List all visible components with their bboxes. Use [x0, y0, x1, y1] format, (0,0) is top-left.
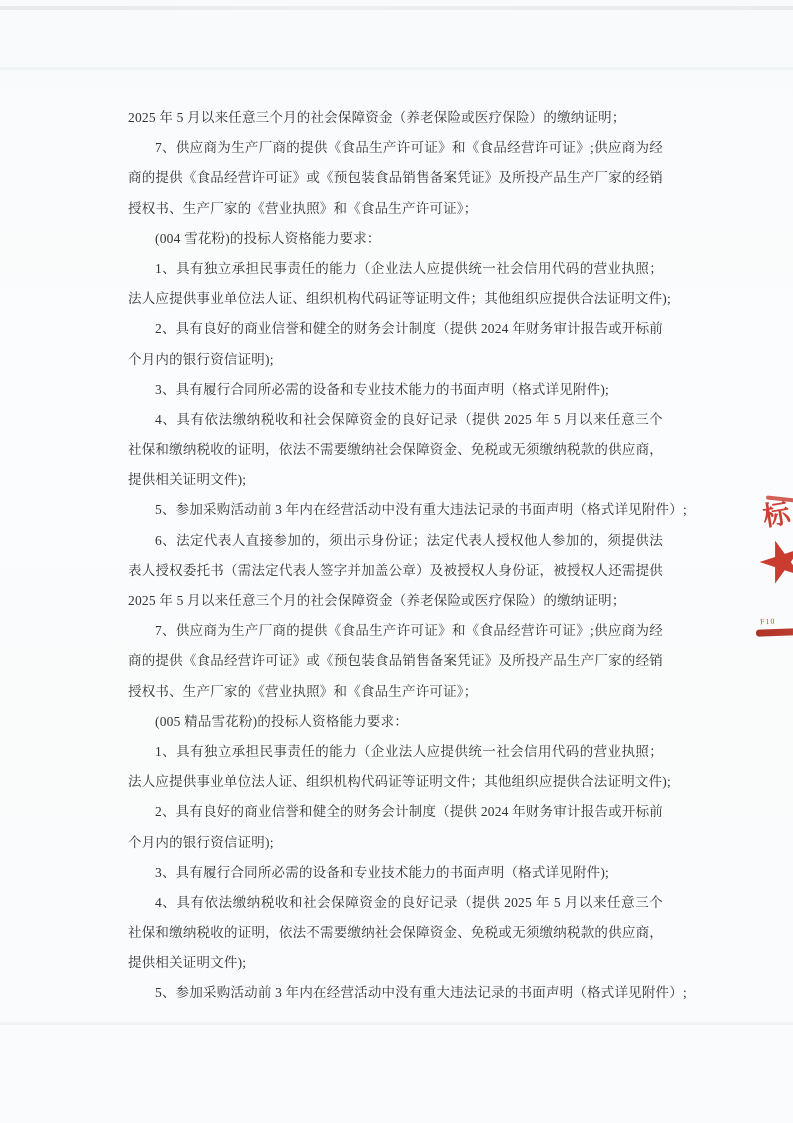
scan-artifact-line: [0, 1022, 793, 1025]
scan-artifact-line: [0, 67, 793, 70]
text-line: 7、供应商为生产厂商的提供《食品生产许可证》和《食品经营许可证》;供应商为经销: [128, 616, 663, 646]
text-line: 2、具有良好的商业信誉和健全的财务会计制度（提供 2024 年财务审计报告或开标…: [128, 797, 663, 827]
text-line: 提供相关证明文件);: [128, 465, 663, 495]
text-line: 6、法定代表人直接参加的，须出示身份证；法定代表人授权他人参加的，须提供法定代: [128, 526, 663, 556]
text-line: 2025 年 5 月以来任意三个月的社会保障资金（养老保险或医疗保险）的缴纳证明…: [128, 103, 663, 133]
text-line: 社保和缴纳税收的证明，依法不需要缴纳社会保障资金、免税或无须缴纳税款的供应商，应: [128, 435, 663, 465]
text-line: 1、具有独立承担民事责任的能力（企业法人应提供统一社会信用代码的营业执照；事业: [128, 254, 663, 284]
text-line: 1、具有独立承担民事责任的能力（企业法人应提供统一社会信用代码的营业执照；事业: [128, 737, 663, 767]
stamp-bar: [756, 628, 793, 636]
document-body: 2025 年 5 月以来任意三个月的社会保障资金（养老保险或医疗保险）的缴纳证明…: [128, 103, 663, 1009]
text-line: 5、参加采购活动前 3 年内在经营活动中没有重大违法记录的书面声明（格式详见附件…: [128, 978, 663, 1008]
text-line: (005 精品雪花粉)的投标人资格能力要求：: [128, 707, 663, 737]
text-line: 法人应提供事业单位法人证、组织机构代码证等证明文件；其他组织应提供合法证明文件)…: [128, 767, 663, 797]
text-line: 个月内的银行资信证明);: [128, 345, 663, 375]
text-line: 7、供应商为生产厂商的提供《食品生产许可证》和《食品经营许可证》;供应商为经销: [128, 133, 663, 163]
text-line: 法人应提供事业单位法人证、组织机构代码证等证明文件；其他组织应提供合法证明文件)…: [128, 284, 663, 314]
text-line: 表人授权委托书（需法定代表人签字并加盖公章）及被授权人身份证，被授权人还需提供: [128, 556, 663, 586]
text-line: 商的提供《食品经营许可证》或《预包装食品销售备案凭证》及所投产品生产厂家的经销商: [128, 163, 663, 193]
text-line: 社保和缴纳税收的证明，依法不需要缴纳社会保障资金、免税或无须缴纳税款的供应商，应: [128, 918, 663, 948]
text-line: 商的提供《食品经营许可证》或《预包装食品销售备案凭证》及所投产品生产厂家的经销商: [128, 646, 663, 676]
text-line: 4、具有依法缴纳税收和社会保障资金的良好记录（提供 2025 年 5 月以来任意…: [128, 405, 663, 435]
red-stamp: 标 ★ F10: [755, 490, 793, 646]
text-line: 提供相关证明文件);: [128, 948, 663, 978]
text-line: 2、具有良好的商业信誉和健全的财务会计制度（提供 2024 年财务审计报告或开标…: [128, 314, 663, 344]
text-line: 3、具有履行合同所必需的设备和专业技术能力的书面声明（格式详见附件);: [128, 375, 663, 405]
stamp-code-text: F10: [760, 618, 776, 627]
scan-artifact-line: [0, 6, 793, 10]
scanned-document-page: 2025 年 5 月以来任意三个月的社会保障资金（养老保险或医疗保险）的缴纳证明…: [0, 0, 793, 1123]
star-icon: ★: [755, 528, 793, 597]
text-line: 4、具有依法缴纳税收和社会保障资金的良好记录（提供 2025 年 5 月以来任意…: [128, 888, 663, 918]
text-line: 个月内的银行资信证明);: [128, 828, 663, 858]
text-line: 2025 年 5 月以来任意三个月的社会保障资金（养老保险或医疗保险）的缴纳证明…: [128, 586, 663, 616]
text-line: 3、具有履行合同所必需的设备和专业技术能力的书面声明（格式详见附件);: [128, 858, 663, 888]
text-line: 授权书、生产厂家的《营业执照》和《食品生产许可证》；: [128, 194, 663, 224]
text-line: (004 雪花粉)的投标人资格能力要求：: [128, 224, 663, 254]
text-line: 授权书、生产厂家的《营业执照》和《食品生产许可证》；: [128, 677, 663, 707]
text-line: 5、参加采购活动前 3 年内在经营活动中没有重大违法记录的书面声明（格式详见附件…: [128, 495, 663, 525]
